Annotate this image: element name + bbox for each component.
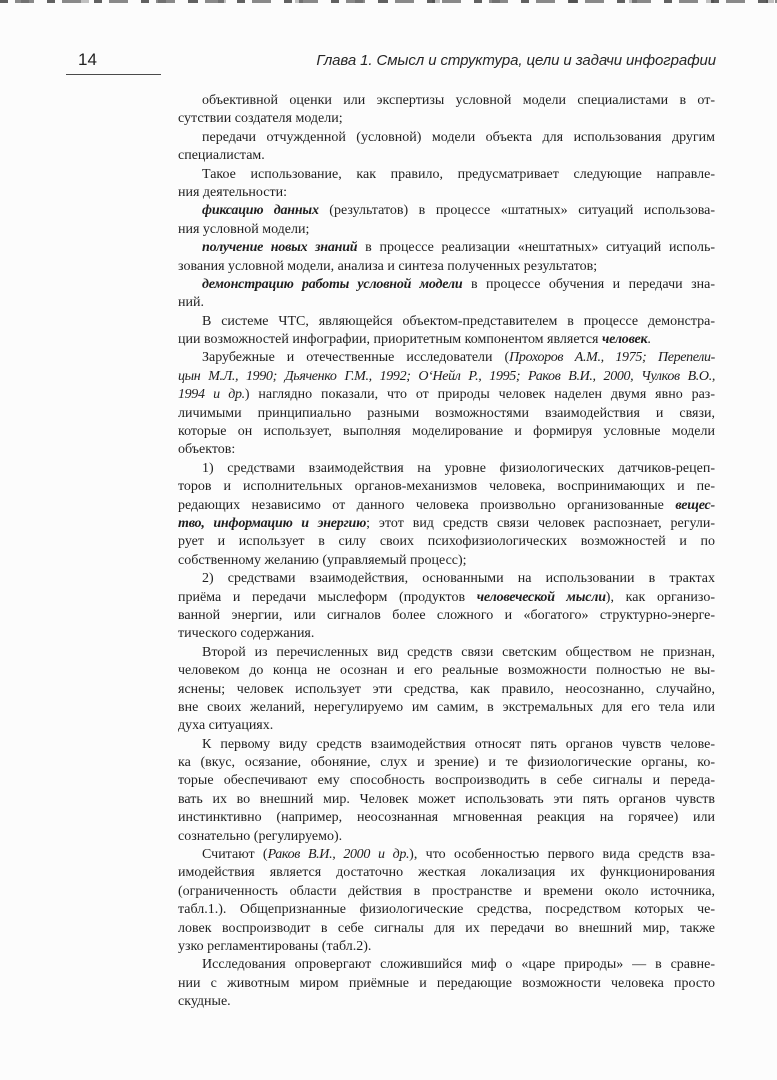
text-segment: зования условной модели, анализа и синте… (178, 259, 597, 274)
text-line: тического содержания. (178, 625, 715, 643)
text-line: тво, информацию и энергию; этот вид сред… (178, 515, 715, 533)
text-segment: ванной энергии, или сигналов более сложн… (178, 608, 715, 623)
citation-italic: Прохоров А.М., 1975; Перепели- (509, 350, 715, 365)
paragraph: К первому виду средств взаимодействия от… (178, 736, 715, 846)
header-rule (66, 74, 161, 75)
text-segment: которые он использует, выполняя моделиро… (178, 424, 715, 439)
emphasis-bold-italic: вещес- (675, 498, 715, 513)
text-segment: ка (вкус, осязание, обоняние, слух и зре… (178, 755, 715, 770)
text-segment: Второй из перечисленных вид средств связ… (202, 645, 715, 660)
text-line: 2) средствами взаимодействия, основанным… (178, 570, 715, 588)
text-line: собственному желанию (управляемый процес… (178, 552, 715, 570)
emphasis-bold-italic: фиксацию данных (202, 203, 319, 218)
text-line: личимыми принципиально разными возможнос… (178, 405, 715, 423)
text-line: вать их во внешний мир. Человек может ис… (178, 791, 715, 809)
scan-edge-artifact (0, 0, 777, 3)
text-segment: редающих независимо от данного человека … (178, 498, 675, 513)
text-segment: Зарубежные и отечественные исследователи… (202, 350, 509, 365)
text-line: торые обеспечивают ему способность воспр… (178, 772, 715, 790)
paragraph: 2) средствами взаимодействия, основанным… (178, 570, 715, 644)
text-line: Такое использование, как правило, предус… (178, 166, 715, 184)
text-line: ний. (178, 294, 715, 312)
text-segment: вне своих желаний, нерегулируемо им сами… (178, 700, 715, 715)
citation-italic: Раков В.И., 2000 и др. (268, 847, 410, 862)
emphasis-bold-italic: получение новых знаний (202, 240, 357, 255)
text-line: демонстрацию работы условной модели в пр… (178, 276, 715, 294)
text-segment: (ограниченность области действия в прост… (178, 884, 715, 899)
text-line: приёма и передачи мыслеформ (продуктов ч… (178, 589, 715, 607)
text-segment: личимыми принципиально разными возможнос… (178, 406, 715, 421)
text-segment: табл.1.). Общепризнанные физиологические… (178, 902, 715, 917)
text-segment: торов и исполнительных органов-механизмо… (178, 479, 715, 494)
text-segment: ции возможностей инфографии, приоритетны… (178, 332, 602, 347)
text-segment: сутствии создателя модели; (178, 111, 343, 126)
text-line: специалистам. (178, 147, 715, 165)
book-page: 14 Глава 1. Смысл и структура, цели и за… (0, 0, 777, 1080)
page-header: 14 Глава 1. Смысл и структура, цели и за… (66, 50, 716, 76)
text-line: торов и исполнительных органов-механизмо… (178, 478, 715, 496)
text-line: получение новых знаний в процессе реализ… (178, 239, 715, 257)
text-line: имодействия является достаточно жесткая … (178, 864, 715, 882)
text-line: фиксацию данных (результатов) в процессе… (178, 202, 715, 220)
text-line: объектов: (178, 441, 715, 459)
text-line: которые он использует, выполняя моделиро… (178, 423, 715, 441)
text-line: скудные. (178, 993, 715, 1011)
text-segment: В системе ЧТС, являющейся объектом-предс… (202, 314, 715, 329)
emphasis-bold-italic: тво, информацию и энергию (178, 516, 366, 531)
paragraph: Зарубежные и отечественные исследователи… (178, 349, 715, 459)
text-line: К первому виду средств взаимодействия от… (178, 736, 715, 754)
text-line: ния деятельности: (178, 184, 715, 202)
text-line: духа ситуациях. (178, 717, 715, 735)
text-segment: в процессе обучения и передачи зна- (463, 277, 716, 292)
paragraph: Считают (Раков В.И., 2000 и др.), что ос… (178, 846, 715, 956)
text-line: человеком до конца не осознан и его реал… (178, 662, 715, 680)
text-segment: (результатов) в процессе «штатных» ситуа… (319, 203, 715, 218)
text-line: ния условной модели; (178, 221, 715, 239)
text-segment: Считают ( (202, 847, 268, 862)
text-segment: скудные. (178, 994, 231, 1009)
paragraph: демонстрацию работы условной модели в пр… (178, 276, 715, 313)
text-segment: К первому виду средств взаимодействия от… (202, 737, 715, 752)
text-segment: объектов: (178, 442, 235, 457)
body-text: объективной оценки или экспертизы условн… (178, 92, 715, 1012)
text-line: Зарубежные и отечественные исследователи… (178, 349, 715, 367)
text-line: зования условной модели, анализа и синте… (178, 258, 715, 276)
text-segment: ), что особенностью первого вида средств… (409, 847, 715, 862)
text-segment: . (647, 332, 651, 347)
text-segment: торые обеспечивают ему способность воспр… (178, 773, 715, 788)
text-segment: узко регламентированы (табл.2). (178, 939, 371, 954)
paragraph: В системе ЧТС, являющейся объектом-предс… (178, 313, 715, 350)
text-segment: вать их во внешний мир. Человек может ис… (178, 792, 715, 807)
text-line: объективной оценки или экспертизы условн… (178, 92, 715, 110)
text-line: цын М.Л., 1990; Дьяченко Г.М., 1992; О‘Н… (178, 368, 715, 386)
text-line: 1994 и др.) наглядно показали, что от пр… (178, 386, 715, 404)
text-line: 1) средствами взаимодействия на уровне ф… (178, 460, 715, 478)
text-segment: передачи отчужденной (условной) модели о… (202, 130, 715, 145)
paragraph: Такое использование, как правило, предус… (178, 166, 715, 203)
paragraph: 1) средствами взаимодействия на уровне ф… (178, 460, 715, 570)
text-line: ции возможностей инфографии, приоритетны… (178, 331, 715, 349)
text-segment: собственному желанию (управляемый процес… (178, 553, 467, 568)
text-line: передачи отчужденной (условной) модели о… (178, 129, 715, 147)
emphasis-bold-italic: человек (602, 332, 647, 347)
text-segment: 2) средствами взаимодействия, основанным… (202, 571, 715, 586)
paragraph: Исследования опровергают сложившийся миф… (178, 956, 715, 1011)
text-segment: нии с животным миром приёмные и передающ… (178, 976, 715, 991)
text-segment: ; этот вид средств связи человек распозн… (366, 516, 715, 531)
page-number: 14 (78, 50, 97, 70)
text-segment: рует и использует в силу своих психофизи… (178, 534, 715, 549)
text-line: сознательно (регулируемо). (178, 828, 715, 846)
text-segment: ний. (178, 295, 204, 310)
running-head: Глава 1. Смысл и структура, цели и задач… (316, 52, 716, 69)
text-segment: ния деятельности: (178, 185, 287, 200)
text-segment: сознательно (регулируемо). (178, 829, 342, 844)
text-segment: инстинктивно (например, неосознанная мгн… (178, 810, 715, 825)
text-segment: тического содержания. (178, 626, 314, 641)
paragraph: фиксацию данных (результатов) в процессе… (178, 202, 715, 239)
text-line: ловек воспроизводит в себе сигналы для и… (178, 920, 715, 938)
emphasis-bold-italic: демонстрацию работы условной модели (202, 277, 463, 292)
text-segment: яснены; человек использует эти средства,… (178, 682, 715, 697)
citation-italic: 1994 и др. (178, 387, 245, 402)
text-segment: приёма и передачи мыслеформ (продуктов (178, 590, 477, 605)
text-segment: ), как организо- (606, 590, 715, 605)
paragraph: объективной оценки или экспертизы условн… (178, 92, 715, 129)
text-line: Считают (Раков В.И., 2000 и др.), что ос… (178, 846, 715, 864)
text-segment: человеком до конца не осознан и его реал… (178, 663, 715, 678)
text-segment: специалистам. (178, 148, 265, 163)
text-line: Исследования опровергают сложившийся миф… (178, 956, 715, 974)
text-segment: имодействия является достаточно жесткая … (178, 865, 715, 880)
paragraph: передачи отчужденной (условной) модели о… (178, 129, 715, 166)
text-segment: ) наглядно показали, что от природы чело… (245, 387, 715, 402)
text-line: вне своих желаний, нерегулируемо им сами… (178, 699, 715, 717)
text-segment: Такое использование, как правило, предус… (202, 167, 715, 182)
text-segment: в процессе реализации «нештатных» ситуац… (357, 240, 715, 255)
emphasis-bold-italic: человеческой мысли (477, 590, 606, 605)
text-segment: Исследования опровергают сложившийся миф… (202, 957, 715, 972)
text-line: инстинктивно (например, неосознанная мгн… (178, 809, 715, 827)
text-line: нии с животным миром приёмные и передающ… (178, 975, 715, 993)
text-line: редающих независимо от данного человека … (178, 497, 715, 515)
paragraph: получение новых знаний в процессе реализ… (178, 239, 715, 276)
text-segment: ловек воспроизводит в себе сигналы для и… (178, 921, 715, 936)
text-line: рует и использует в силу своих психофизи… (178, 533, 715, 551)
text-line: яснены; человек использует эти средства,… (178, 681, 715, 699)
text-line: В системе ЧТС, являющейся объектом-предс… (178, 313, 715, 331)
text-segment: 1) средствами взаимодействия на уровне ф… (202, 461, 715, 476)
paragraph: Второй из перечисленных вид средств связ… (178, 644, 715, 736)
text-segment: объективной оценки или экспертизы условн… (202, 93, 715, 108)
text-line: табл.1.). Общепризнанные физиологические… (178, 901, 715, 919)
text-line: ванной энергии, или сигналов более сложн… (178, 607, 715, 625)
text-line: ка (вкус, осязание, обоняние, слух и зре… (178, 754, 715, 772)
text-segment: духа ситуациях. (178, 718, 273, 733)
text-segment: ния условной модели; (178, 222, 309, 237)
text-line: сутствии создателя модели; (178, 110, 715, 128)
text-line: узко регламентированы (табл.2). (178, 938, 715, 956)
text-line: (ограниченность области действия в прост… (178, 883, 715, 901)
citation-italic: цын М.Л., 1990; Дьяченко Г.М., 1992; О‘Н… (178, 369, 715, 384)
text-line: Второй из перечисленных вид средств связ… (178, 644, 715, 662)
